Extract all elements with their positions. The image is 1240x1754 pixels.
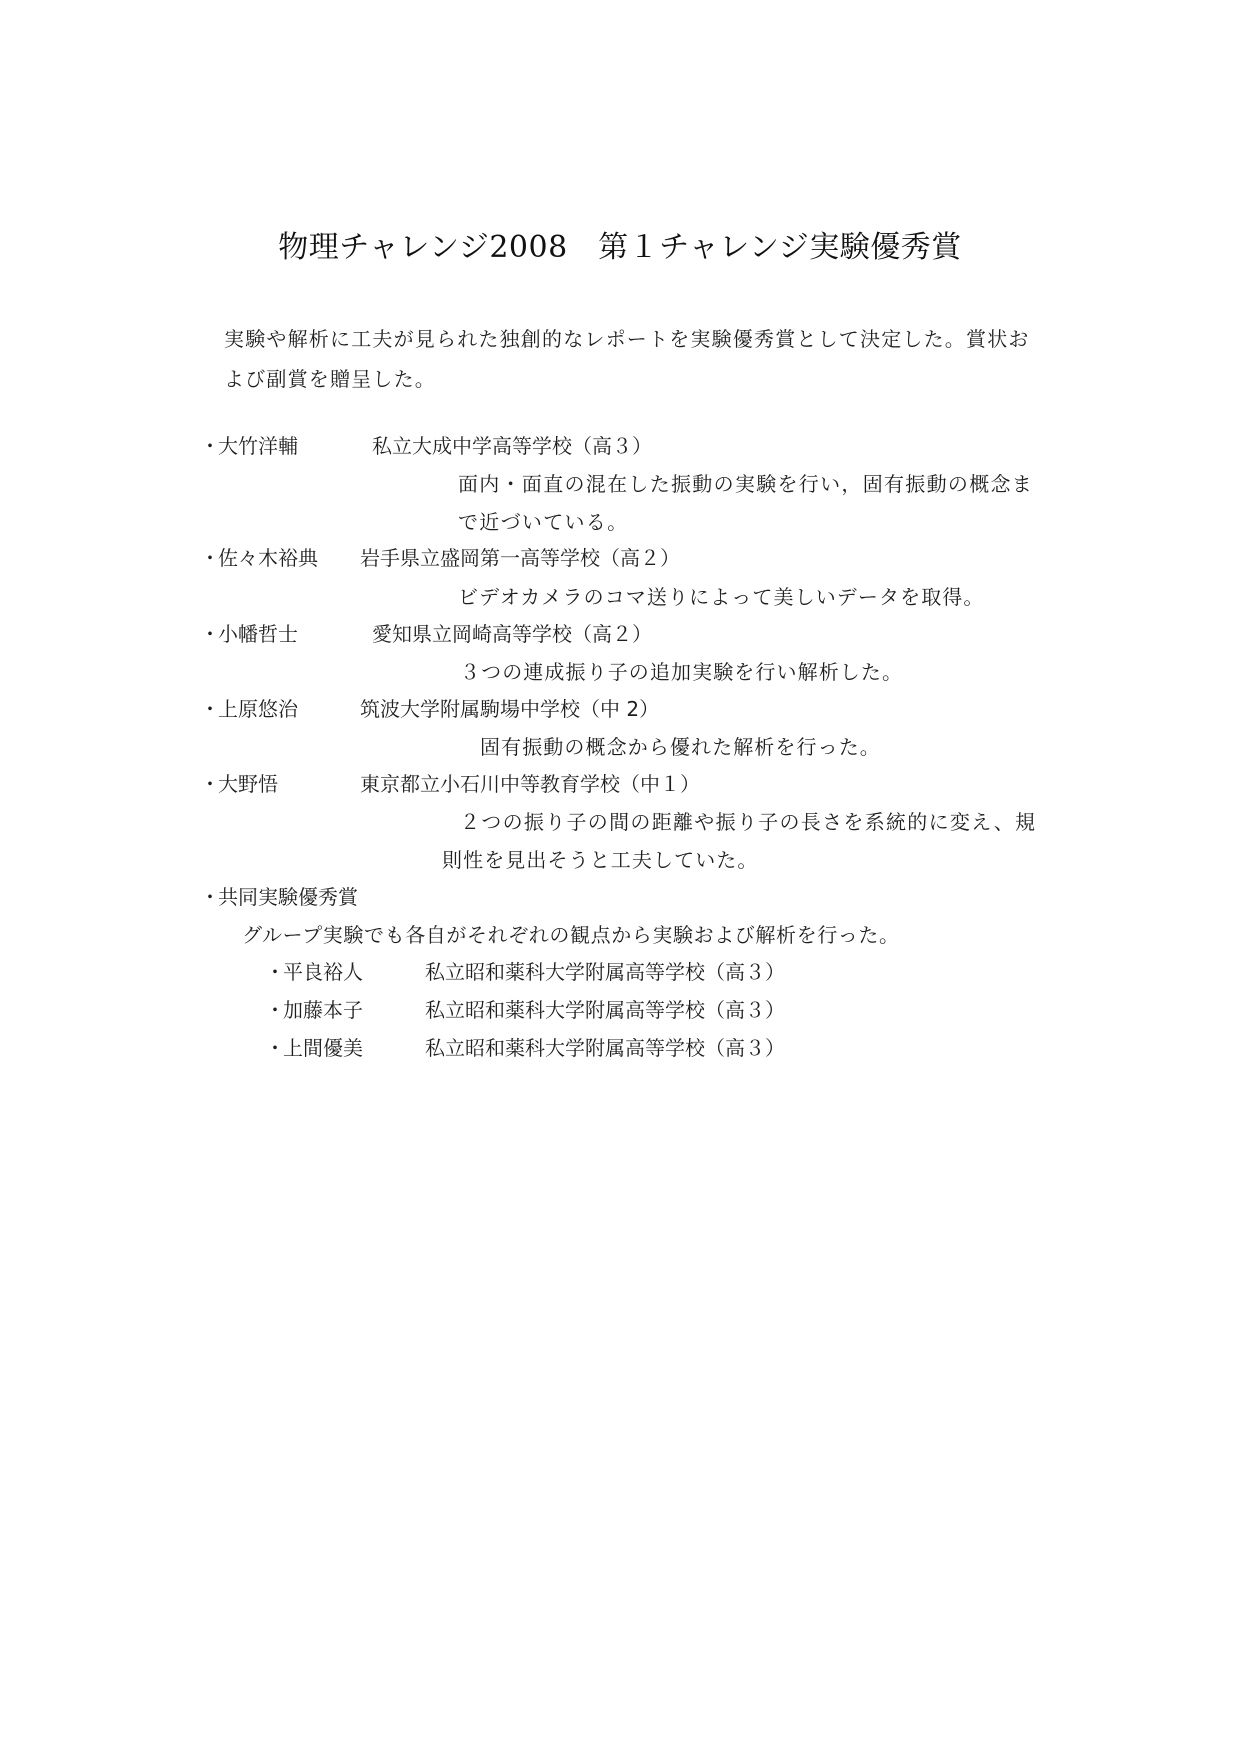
bullet-icon: ・	[200, 772, 218, 796]
bullet-icon: ・	[200, 697, 218, 721]
bullet-icon: ・	[200, 622, 218, 646]
member-name-row: ・上間優美	[265, 1036, 363, 1060]
bullet-icon: ・	[265, 960, 283, 984]
awardee-school: 私立大成中学高等学校（高３）	[372, 434, 652, 458]
member-name: 上間優美	[283, 1036, 363, 1060]
awardee-name-row: ・小幡哲士	[200, 622, 298, 646]
page-title: 物理チャレンジ2008 第１チャレンジ実験優秀賞	[0, 222, 1240, 266]
bullet-icon: ・	[200, 885, 218, 909]
member-name-row: ・加藤本子	[265, 998, 363, 1022]
member-name: 平良裕人	[283, 960, 363, 984]
awardee-name-row: ・大野悟	[200, 772, 278, 796]
awardee-comment: ３つの連成振り子の追加実験を行い解析した。	[460, 660, 903, 684]
awardee-name: 上原悠治	[218, 697, 298, 721]
joint-award-heading-row: ・共同実験優秀賞	[200, 885, 358, 909]
awardee-comment: ２つの振り子の間の距離や振り子の長さを系統的に変え、規	[460, 810, 1036, 834]
member-name-row: ・平良裕人	[265, 960, 363, 984]
awardee-school: 愛知県立岡崎高等学校（高２）	[372, 622, 652, 646]
intro-line-2: よび副賞を贈呈した。	[224, 367, 436, 391]
awardee-name-row: ・佐々木裕典	[200, 546, 318, 570]
awardee-name: 佐々木裕典	[218, 546, 318, 570]
bullet-icon: ・	[265, 998, 283, 1022]
joint-award-heading: 共同実験優秀賞	[218, 885, 358, 909]
member-school: 私立昭和薬科大学附属高等学校（高３）	[425, 998, 785, 1022]
awardee-name-row: ・大竹洋輔	[200, 434, 298, 458]
awardee-name: 大野悟	[218, 772, 278, 796]
awardee-comment: ビデオカメラのコマ送りによって美しいデータを取得。	[458, 585, 985, 609]
member-school: 私立昭和薬科大学附属高等学校（高３）	[425, 960, 785, 984]
intro-line-1: 実験や解析に工夫が見られた独創的なレポートを実験優秀賞として決定した。賞状お	[224, 327, 1030, 351]
awardee-school: 岩手県立盛岡第一高等学校（高２）	[360, 546, 680, 570]
bullet-icon: ・	[200, 546, 218, 570]
awardee-name: 小幡哲士	[218, 622, 298, 646]
member-name: 加藤本子	[283, 998, 363, 1022]
member-school: 私立昭和薬科大学附属高等学校（高３）	[425, 1036, 785, 1060]
awardee-comment: 固有振動の概念から優れた解析を行った。	[480, 735, 881, 759]
awardee-comment: 面内・面直の混在した振動の実験を行い，固有振動の概念ま	[458, 472, 1033, 496]
joint-award-description: グループ実験でも各自がそれぞれの観点から実験および解析を行った。	[242, 923, 900, 947]
awardee-comment: で近づいている。	[458, 510, 628, 534]
awardee-name: 大竹洋輔	[218, 434, 298, 458]
awardee-name-row: ・上原悠治	[200, 697, 298, 721]
bullet-icon: ・	[265, 1036, 283, 1060]
awardee-comment: 則性を見出そうと工夫していた。	[442, 848, 759, 872]
awardee-school: 東京都立小石川中等教育学校（中１）	[360, 772, 700, 796]
bullet-icon: ・	[200, 434, 218, 458]
awardee-school: 筑波大学附属駒場中学校（中 2）	[360, 697, 659, 721]
